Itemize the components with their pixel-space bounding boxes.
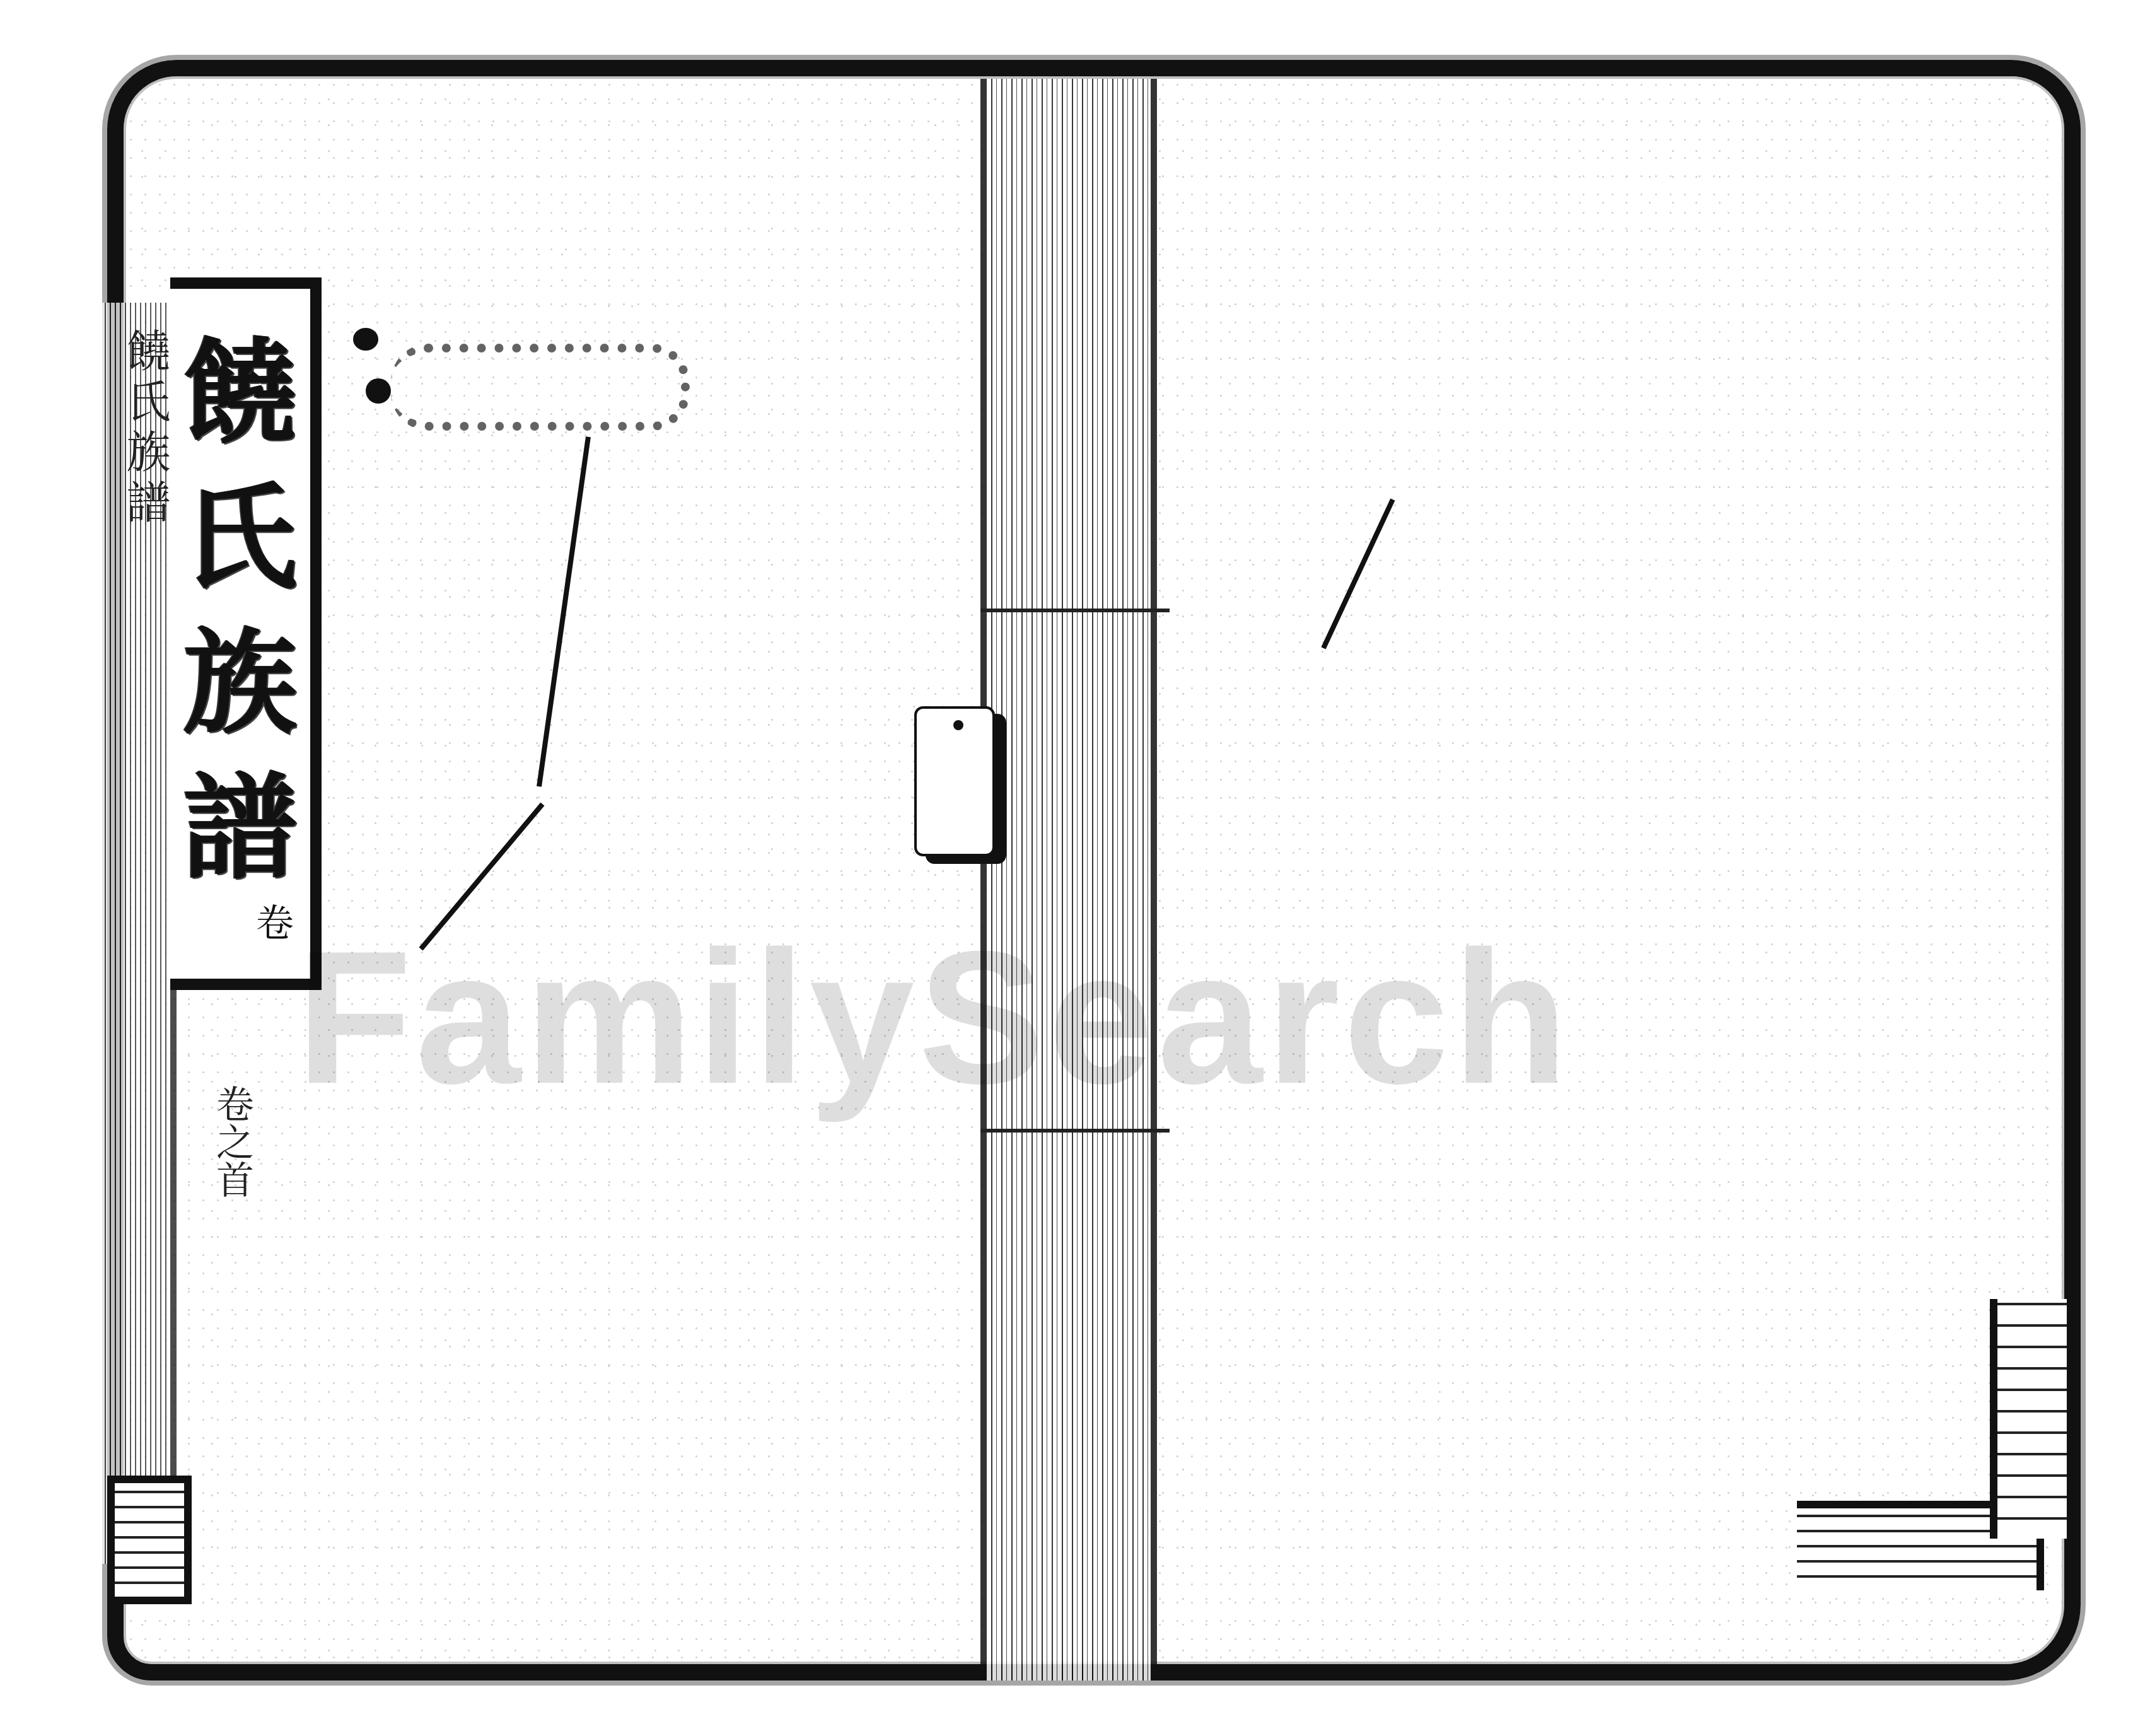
ink-blot <box>366 378 391 404</box>
spine-strip-text: 饒氏族譜 <box>113 328 177 530</box>
title-char: 氏 <box>183 465 297 610</box>
book-spine <box>980 79 1157 1681</box>
title-char: 饒 <box>183 320 297 465</box>
brush-mark <box>391 344 690 431</box>
tag-hole <box>953 720 963 730</box>
paper-texture <box>1141 76 2062 1665</box>
watermark: FamilySearch <box>296 908 1572 1126</box>
side-note: 卷之首 <box>205 1085 259 1198</box>
title-label: 饒 氏 族 譜 卷 <box>170 277 322 990</box>
binding-thread <box>980 1129 1170 1133</box>
corner-reinforcement <box>107 1476 192 1604</box>
volume-note: 卷 <box>245 903 299 941</box>
back-cover <box>1141 76 2062 1665</box>
title-char: 族 <box>183 610 297 755</box>
title-char: 譜 <box>183 755 297 900</box>
paper-tag <box>914 706 995 856</box>
right-edge-marks <box>1990 1299 2074 1539</box>
binding-thread <box>980 609 1170 612</box>
ink-blot <box>353 328 378 351</box>
scanned-page: 饒氏族譜 饒 氏 族 譜 卷 卷之首 FamilySearch <box>0 0 2150 1736</box>
watermark-text: FamilySearch <box>296 911 1572 1123</box>
